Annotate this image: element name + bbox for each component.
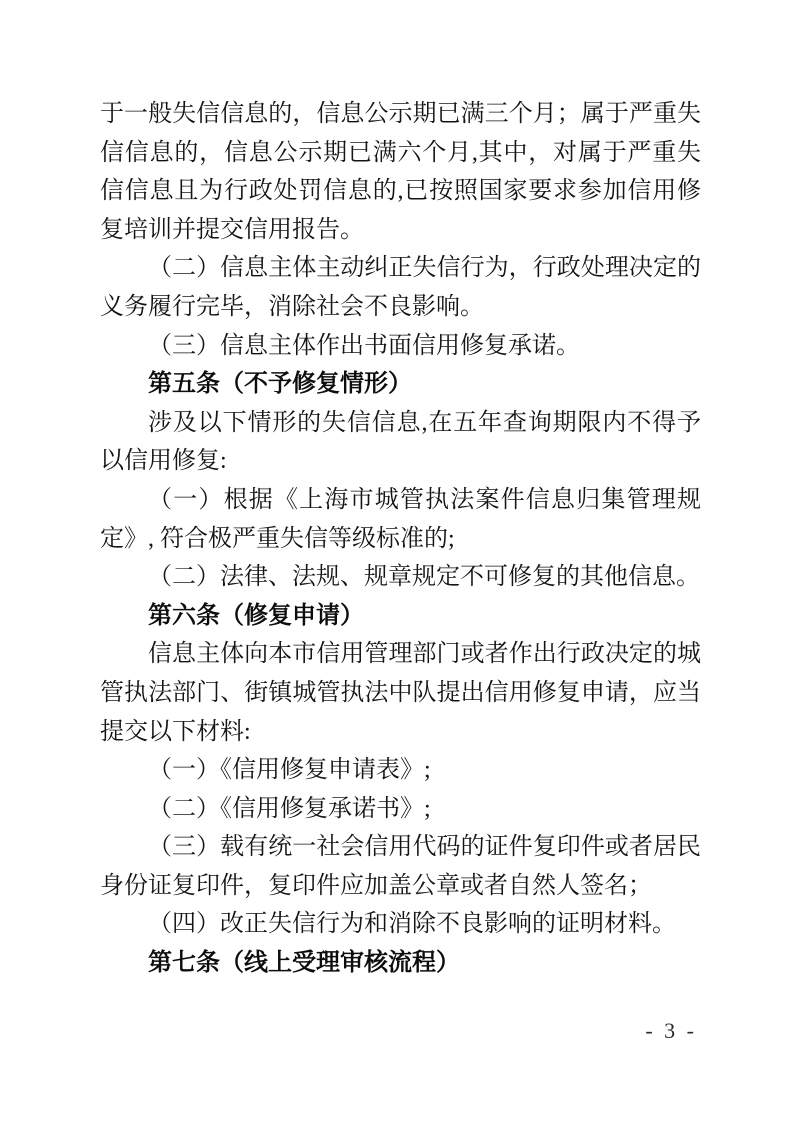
article-heading: 第七条（线上受理审核流程） <box>100 944 701 983</box>
paragraph: （二）信息主体主动纠正失信行为，行政处理决定的义务履行完毕，消除社会不良影响。 <box>100 249 701 326</box>
paragraph: （一）《信用修复申请表》; <box>100 751 701 790</box>
paragraph: （一）根据《上海市城管执法案件信息归集管理规定》, 符合极严重失信等级标准的; <box>100 481 701 558</box>
paragraph: （三）载有统一社会信用代码的证件复印件或者居民身份证复印件，复印件应加盖公章或者… <box>100 828 701 905</box>
article-heading: 第六条（修复申请） <box>100 597 701 636</box>
paragraph: （二）《信用修复承诺书》; <box>100 790 701 829</box>
paragraph: 于一般失信信息的，信息公示期已满三个月；属于严重失信信息的，信息公示期已满六个月… <box>100 95 701 249</box>
page-number: - 3 - <box>100 1018 697 1044</box>
article-heading: 第五条（不予修复情形） <box>100 365 701 404</box>
paragraph: 信息主体向本市信用管理部门或者作出行政决定的城管执法部门、街镇城管执法中队提出信… <box>100 635 701 751</box>
paragraph: （三）信息主体作出书面信用修复承诺。 <box>100 327 701 366</box>
paragraph: （二）法律、法规、规章规定不可修复的其他信息。 <box>100 558 701 597</box>
document-page: 于一般失信信息的，信息公示期已满三个月；属于严重失信信息的，信息公示期已满六个月… <box>0 0 793 1122</box>
paragraph: （四）改正失信行为和消除不良影响的证明材料。 <box>100 905 701 944</box>
paragraph: 涉及以下情形的失信信息,在五年查询期限内不得予以信用修复: <box>100 404 701 481</box>
document-body: 于一般失信信息的，信息公示期已满三个月；属于严重失信信息的，信息公示期已满六个月… <box>100 95 701 983</box>
